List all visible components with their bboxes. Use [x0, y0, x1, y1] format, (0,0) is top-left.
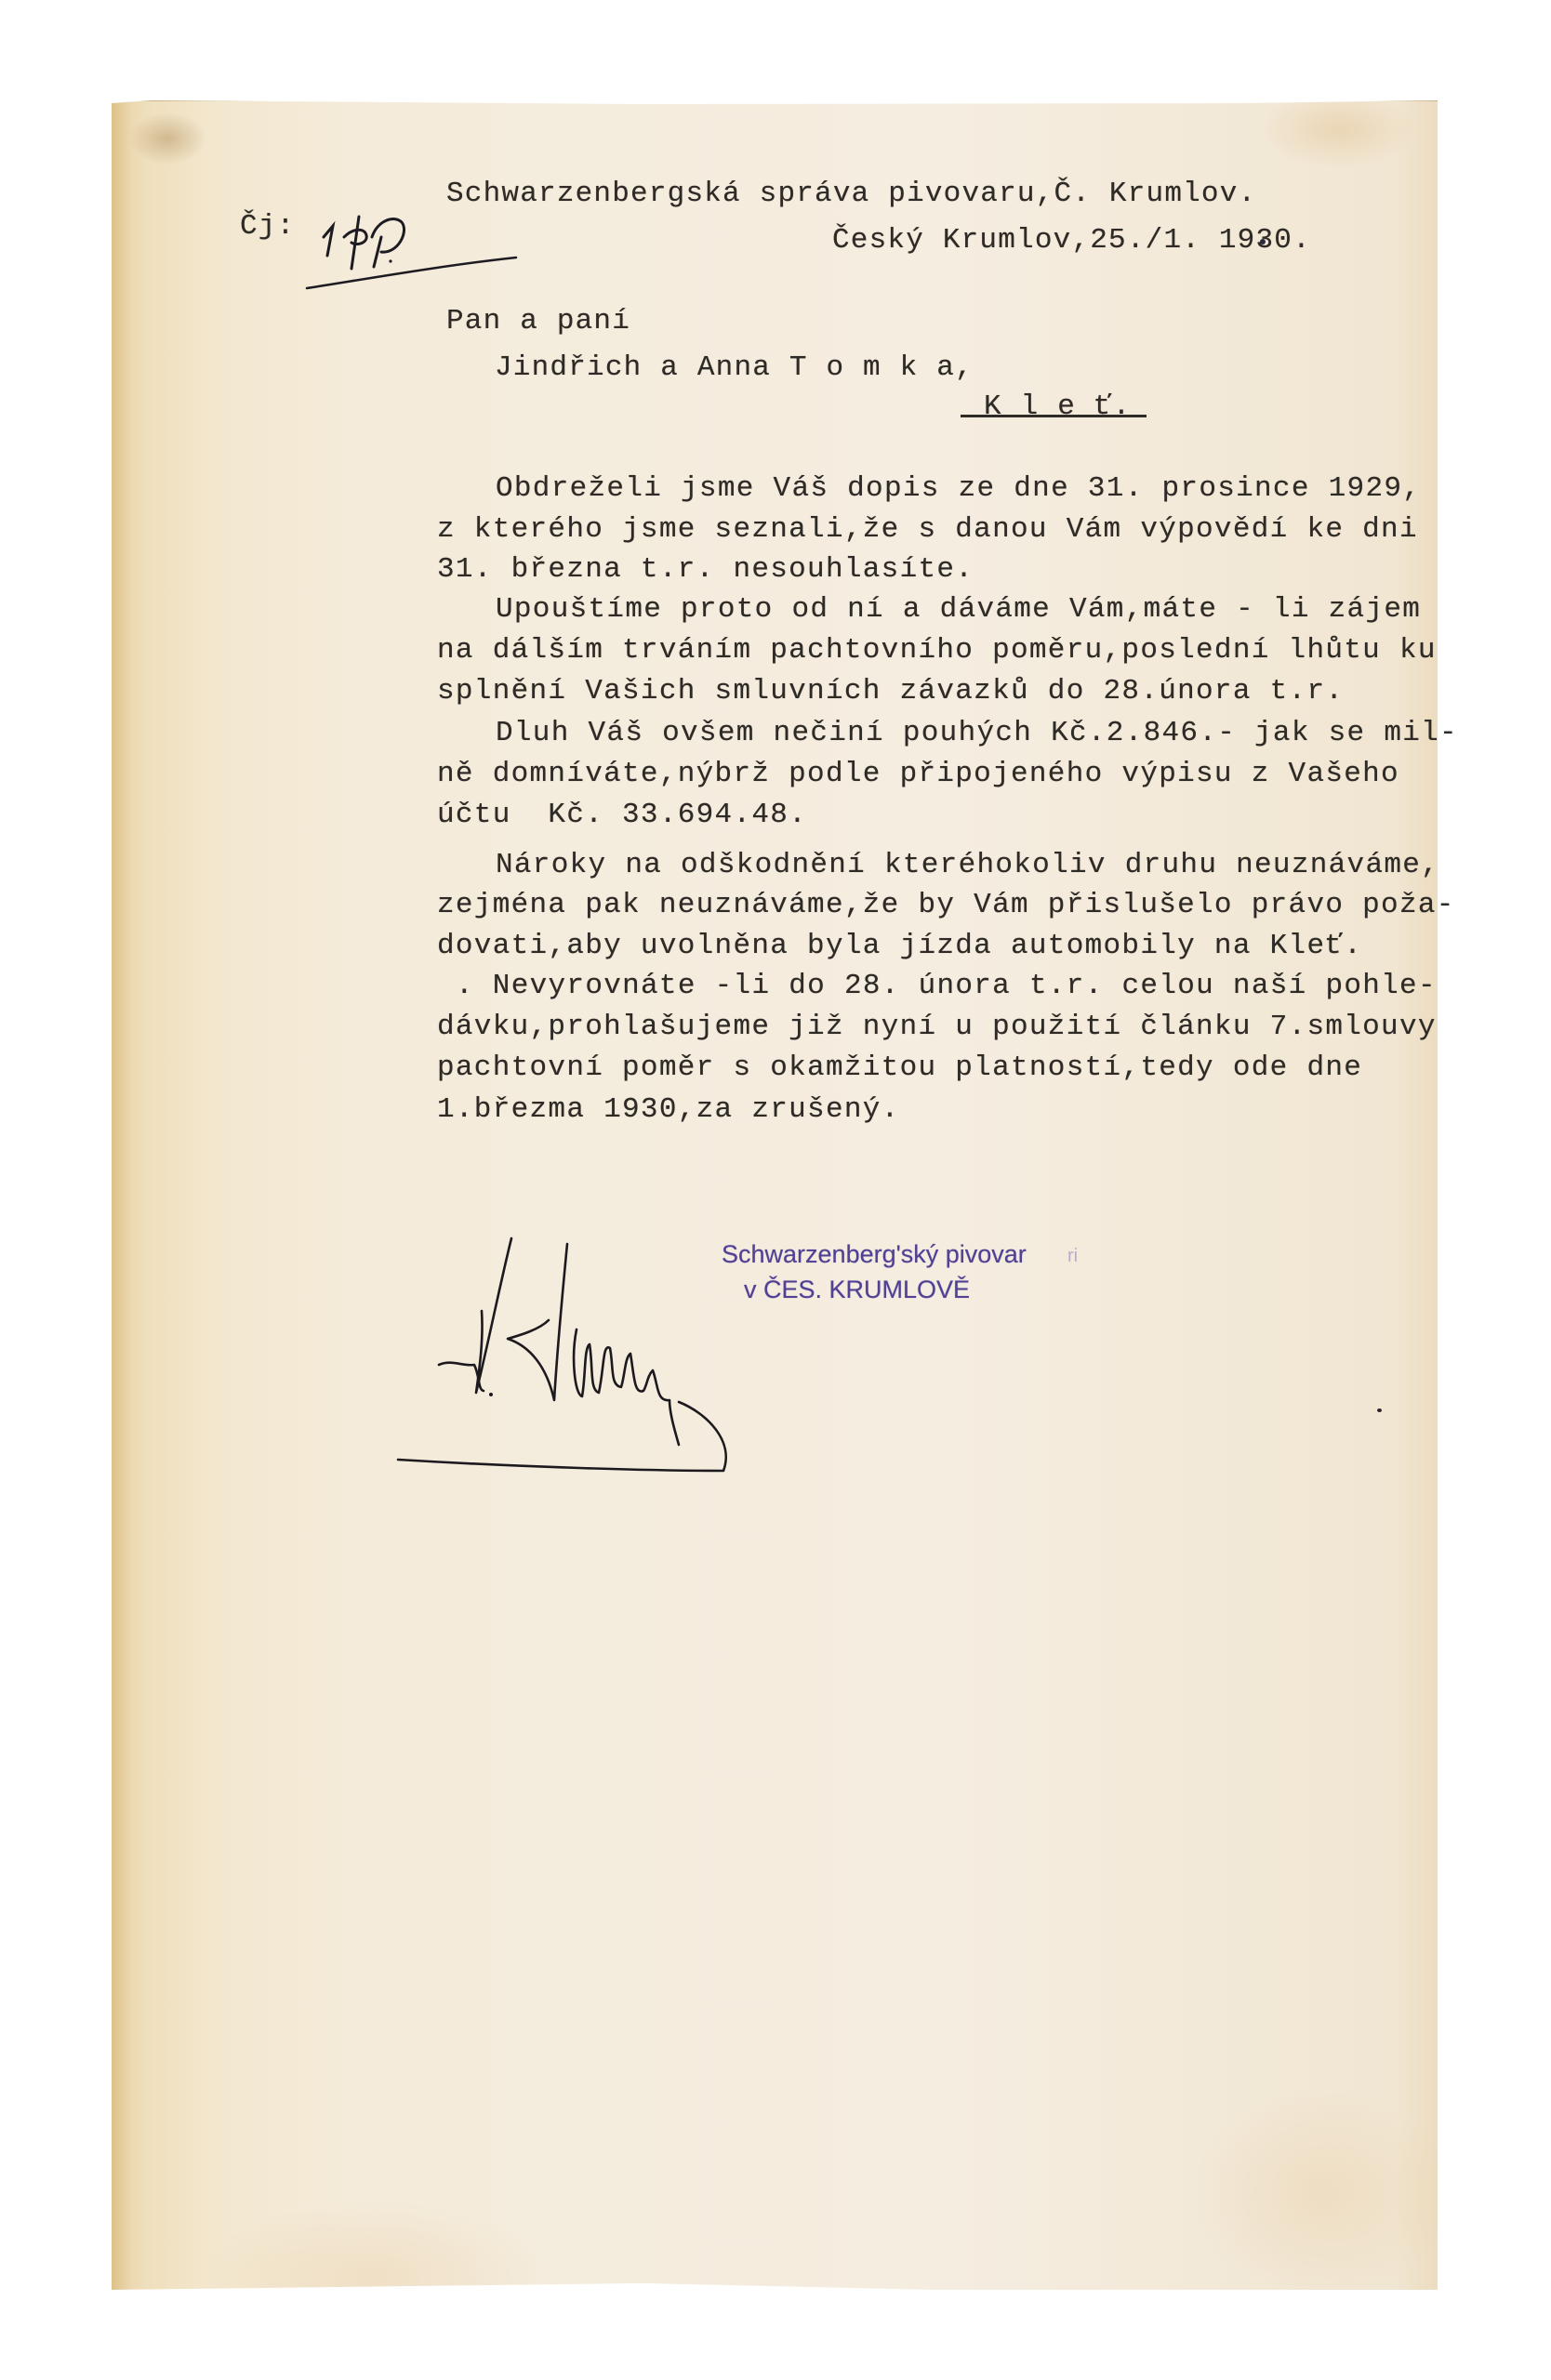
body-line: účtu Kč. 33.694.48.	[437, 800, 807, 829]
body-line: Nároky na odškodnění kteréhokoliv druhu …	[496, 851, 1439, 879]
body-line: dávku,prohlašujeme již nyní u použití čl…	[437, 1012, 1437, 1041]
handwritten-reference-number	[316, 200, 539, 293]
addressee-names: Jindřich a Anna T o m k a,	[495, 353, 974, 382]
body-line: Obdreželi jsme Váš dopis ze dne 31. pros…	[496, 474, 1421, 503]
body-line: . Nevyrovnáte -li do 28. února t.r. celo…	[456, 972, 1437, 1000]
signature	[391, 1227, 948, 1469]
body-line: splnění Vašich smluvních závazků do 28.ú…	[437, 677, 1344, 706]
body-line: pachtovní poměr s okamžitou platností,te…	[437, 1053, 1362, 1082]
sender-line: Schwarzenbergská správa pivovaru,Č. Krum…	[446, 179, 1256, 208]
reference-label: Čj:	[240, 212, 295, 241]
letter-paper	[112, 100, 1438, 2290]
paper-defect	[1377, 1408, 1382, 1412]
addressee-place-underline	[961, 415, 1147, 417]
body-line: dovati,aby uvolněna byla jízda automobil…	[437, 932, 1362, 960]
body-line: 31. března t.r. nesouhlasíte.	[437, 555, 974, 584]
body-line: zejména pak neuznáváme,že by Vám přisluš…	[437, 891, 1455, 919]
body-line: na dálším trváním pachtovního poměru,pos…	[437, 636, 1437, 665]
stamp-faint-mark: ri	[1067, 1246, 1078, 1267]
body-line: 1.březma 1930,za zrušený.	[437, 1095, 900, 1124]
place-date-line: Český Krumlov,25./1. 1930.	[832, 226, 1311, 255]
body-line: ně domníváte,nýbrž podle připojeného výp…	[437, 760, 1399, 788]
ink-speck	[1260, 239, 1266, 245]
body-line: Dluh Váš ovšem nečiní pouhých Kč.2.846.-…	[496, 719, 1458, 747]
body-line: Upouštíme proto od ní a dáváme Vám,máte …	[496, 595, 1421, 624]
body-line: z kterého jsme seznali,že s danou Vám vý…	[437, 515, 1418, 544]
addressee-salutation: Pan a paní	[446, 307, 630, 336]
